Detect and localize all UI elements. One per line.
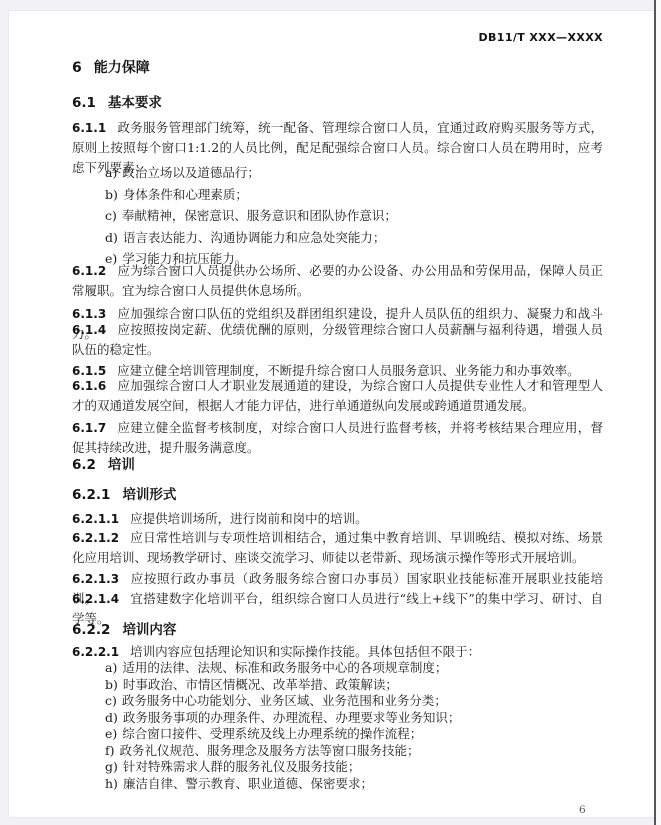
clause-6-2-1-2: 6.2.1.2应日常性培训与专项性培训相结合，通过集中教育培训、早训晚结、模拟对… — [72, 528, 603, 568]
list-item: b)时事政治、市情区情概况、改革举措、政策解读； — [72, 677, 603, 694]
clause-text: 应提供培训场所，进行岗前和岗中的培训。 — [130, 511, 368, 526]
list-item-text: 政务服务事项的办理条件、办理流程、办理要求等业务知识； — [123, 710, 461, 725]
list-item-text: 政务服务中心功能划分、业务区域、业务范围和业务分类； — [122, 693, 447, 708]
heading-title: 培训内容 — [122, 622, 176, 638]
doc-number: DB11/T XXX—XXXX — [72, 31, 603, 45]
clause-text: 培训内容应包括理论知识和实际操作技能。具体包括但不限于： — [130, 644, 480, 659]
list-item-label: h) — [105, 776, 118, 791]
list-item-text: 综合窗口接件、受理系统及线上办理系统的操作流程； — [122, 726, 422, 741]
list-item: c)政务服务中心功能划分、业务区域、业务范围和业务分类； — [72, 693, 603, 710]
list-item-label: c) — [105, 693, 117, 708]
list-6-1-1: a)政治立场以及道德品行； b)身体条件和心理素质； c)奉献精神，保密意识、服… — [72, 163, 603, 271]
list-item: d)政务服务事项的办理条件、办理流程、办理要求等业务知识； — [72, 710, 603, 727]
clause-number: 6.1.2 — [72, 264, 106, 278]
list-item-label: e) — [105, 726, 117, 741]
clause-number: 6.2.1.2 — [72, 531, 119, 545]
heading-number: 6.1 — [72, 95, 96, 111]
list-item-label: f) — [105, 743, 115, 758]
list-item-text: 奉献精神，保密意识、服务意识和团队协作意识； — [122, 208, 397, 223]
heading-title: 培训形式 — [122, 487, 176, 503]
list-item-label: b) — [105, 187, 118, 202]
viewer-right-margin — [656, 0, 661, 825]
list-item-text: 时事政治、市情区情概况、改革举措、政策解读； — [123, 677, 398, 692]
list-item: a)适用的法律、法规、标准和政务服务中心的各项规章制度； — [72, 660, 603, 677]
heading-6-2-2: 6.2.2培训内容 — [72, 622, 603, 638]
clause-6-2-2-1: 6.2.2.1培训内容应包括理论知识和实际操作技能。具体包括但不限于： — [72, 642, 603, 662]
list-6-2-2-1: a)适用的法律、法规、标准和政务服务中心的各项规章制度； b)时事政治、市情区情… — [72, 660, 603, 792]
list-item-text: 语言表达能力、沟通协调能力和应急处突能力； — [123, 230, 386, 245]
list-item: h)廉洁自律、警示教育、职业道德、保密要求； — [72, 776, 603, 793]
heading-title: 基本要求 — [108, 95, 162, 111]
heading-6-1: 6.1基本要求 — [72, 95, 603, 111]
clause-6-1-2: 6.1.2应为综合窗口人员提供办公场所、必要的办公设备、办公用品和劳保用品，保障… — [72, 261, 603, 301]
clause-number: 6.2.1.3 — [72, 572, 119, 586]
heading-number: 6.2.2 — [72, 622, 110, 638]
list-item: b)身体条件和心理素质； — [72, 185, 603, 207]
clause-6-1-6: 6.1.6应加强综合窗口人才职业发展通道的建设，为综合窗口人员提供专业性人才和管… — [72, 376, 603, 416]
list-item: a)政治立场以及道德品行； — [72, 163, 603, 185]
clause-6-1-4: 6.1.4应按照按岗定薪、优绩优酬的原则，分级管理综合窗口人员薪酬与福利待遇，增… — [72, 320, 603, 360]
document-viewer: DB11/T XXX—XXXX 6能力保障 6.1基本要求 6.1.1政务服务管… — [0, 0, 661, 825]
heading-number: 6 — [72, 60, 82, 76]
clause-number: 6.2.1.4 — [72, 592, 119, 606]
list-item-label: a) — [105, 660, 117, 675]
list-item-text: 身体条件和心理素质； — [123, 187, 248, 202]
list-item-label: d) — [105, 710, 118, 725]
list-item-text: 适用的法律、法规、标准和政务服务中心的各项规章制度； — [122, 660, 447, 675]
list-item: e)综合窗口接件、受理系统及线上办理系统的操作流程； — [72, 726, 603, 743]
clause-text: 宜搭建数字化培训平台，组织综合窗口人员进行“线上+线下”的集中学习、研讨、自学等… — [72, 591, 603, 626]
clause-number: 6.1.7 — [72, 421, 106, 435]
clause-number: 6.2.2.1 — [72, 645, 119, 659]
clause-text: 应加强综合窗口人才职业发展通道的建设，为综合窗口人员提供专业性人才和管理型人才的… — [72, 378, 603, 413]
list-item: d)语言表达能力、沟通协调能力和应急处突能力； — [72, 228, 603, 250]
list-item-label: c) — [105, 208, 117, 223]
heading-title: 能力保障 — [94, 60, 150, 76]
list-item-label: d) — [105, 230, 118, 245]
list-item: g)针对特殊需求人群的服务礼仪及服务技能； — [72, 759, 603, 776]
heading-number: 6.2 — [72, 457, 96, 473]
clause-text: 应为综合窗口人员提供办公场所、必要的办公设备、办公用品和劳保用品，保障人员正常履… — [72, 263, 603, 298]
clause-text: 应建立健全监督考核制度，对综合窗口人员进行监督考核，并将考核结果合理应用，督促其… — [72, 420, 603, 455]
clause-number: 6.2.1.1 — [72, 512, 119, 526]
heading-title: 培训 — [108, 457, 135, 473]
clause-6-2-1-1: 6.2.1.1应提供培训场所，进行岗前和岗中的培训。 — [72, 509, 603, 529]
list-item-text: 政务礼仪规范、服务理念及服务方法等窗口服务技能； — [120, 743, 420, 758]
page-number: 6 — [579, 803, 586, 817]
list-item-label: a) — [105, 165, 117, 180]
heading-number: 6.2.1 — [72, 487, 110, 503]
heading-section-6: 6能力保障 — [72, 60, 603, 77]
clause-number: 6.1.4 — [72, 323, 106, 337]
document-page: DB11/T XXX—XXXX 6能力保障 6.1基本要求 6.1.1政务服务管… — [8, 10, 655, 818]
page-content: DB11/T XXX—XXXX 6能力保障 6.1基本要求 6.1.1政务服务管… — [72, 11, 603, 817]
list-item-label: g) — [105, 759, 118, 774]
list-item-text: 政治立场以及道德品行； — [122, 165, 260, 180]
list-item-label: b) — [105, 677, 118, 692]
clause-number: 6.1.3 — [72, 307, 106, 321]
list-item-text: 针对特殊需求人群的服务礼仪及服务技能； — [123, 759, 361, 774]
list-item-text: 廉洁自律、警示教育、职业道德、保密要求； — [123, 776, 373, 791]
heading-6-2-1: 6.2.1培训形式 — [72, 487, 603, 503]
clause-6-1-7: 6.1.7应建立健全监督考核制度，对综合窗口人员进行监督考核，并将考核结果合理应… — [72, 418, 603, 458]
clause-number: 6.1.1 — [72, 121, 106, 135]
list-item: f)政务礼仪规范、服务理念及服务方法等窗口服务技能； — [72, 743, 603, 760]
window-edge-line — [654, 0, 656, 825]
list-item: c)奉献精神，保密意识、服务意识和团队协作意识； — [72, 206, 603, 228]
heading-6-2: 6.2培训 — [72, 457, 603, 473]
clause-text: 应按照按岗定薪、优绩优酬的原则，分级管理综合窗口人员薪酬与福利待遇，增强人员队伍… — [72, 322, 603, 357]
clause-number: 6.1.6 — [72, 379, 106, 393]
clause-text: 应日常性培训与专项性培训相结合，通过集中教育培训、早训晚结、模拟对练、场景化应用… — [72, 530, 603, 565]
